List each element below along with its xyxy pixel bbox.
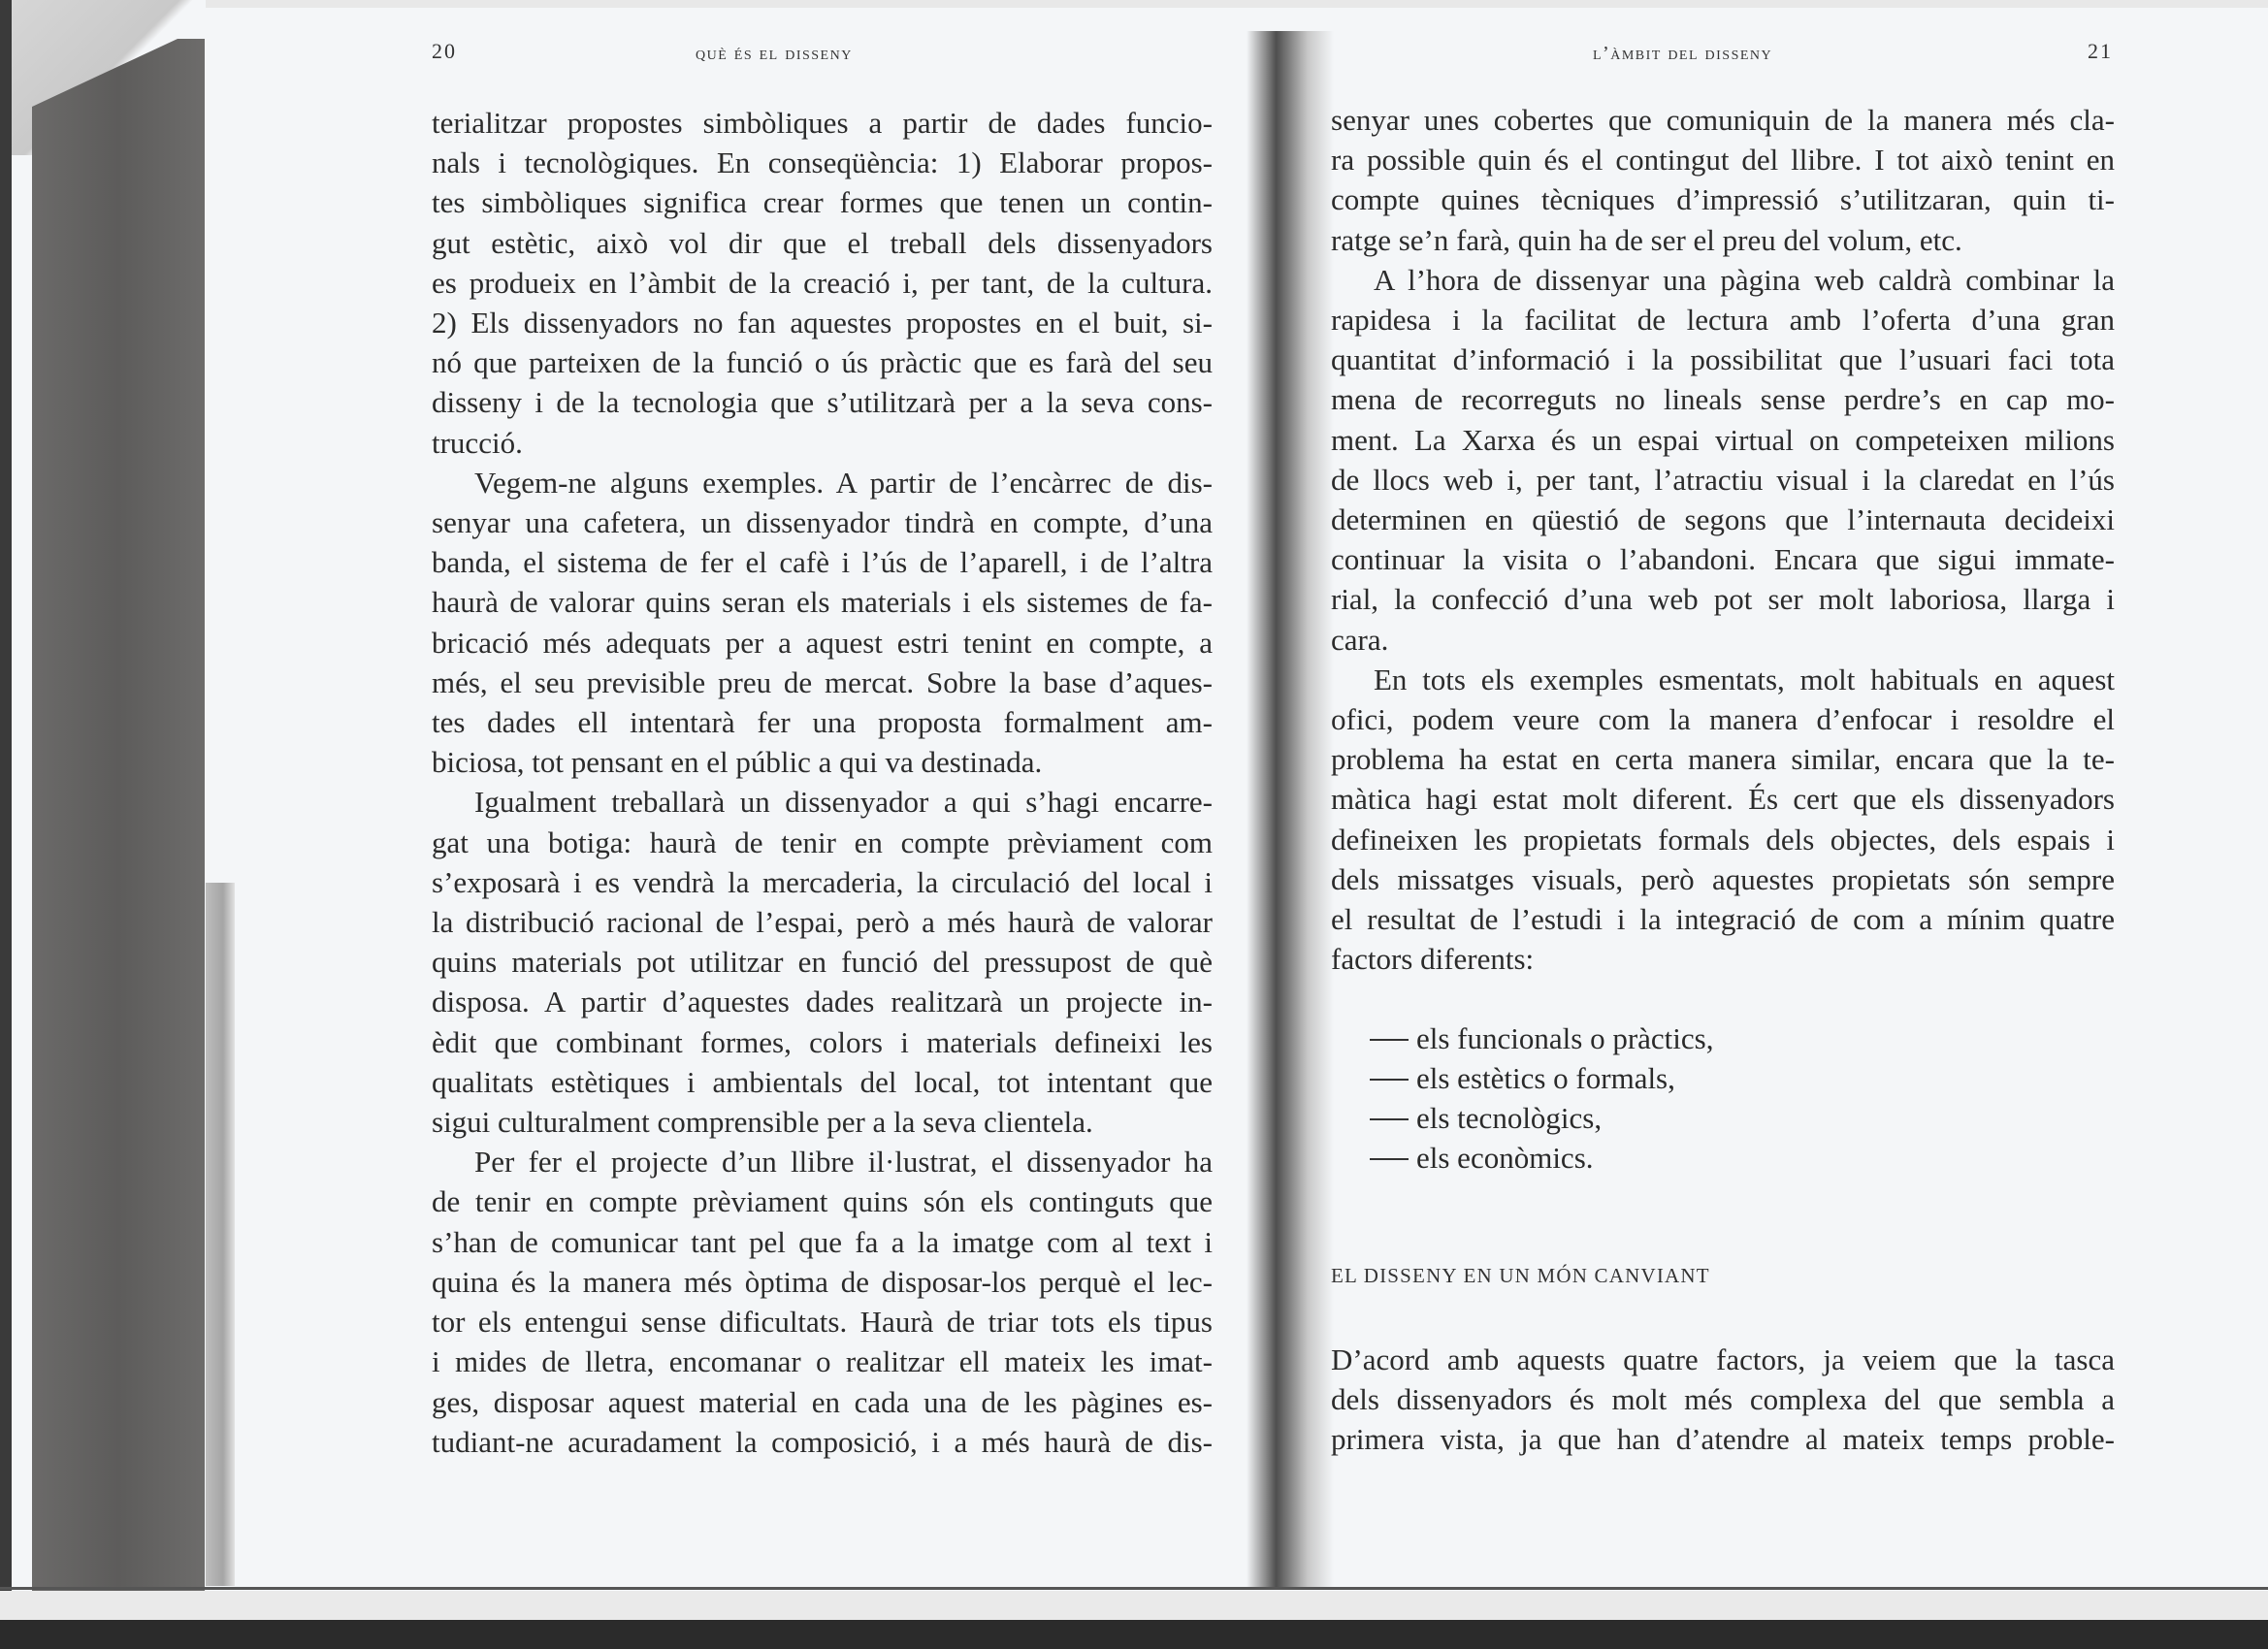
- text-line: primera vista, ja que han d’atendre al m…: [1331, 1419, 2115, 1459]
- scan-bottom-strip: [0, 1591, 2268, 1620]
- list-item-text: els tecnològics,: [1416, 1101, 1602, 1135]
- paragraph-start-line: Per fer el projecte d’un llibre il·lustr…: [432, 1142, 1213, 1181]
- text-line: quins materials pot utilitzar en funció …: [432, 942, 1213, 982]
- list-item: els estètics o formals,: [1370, 1058, 1713, 1098]
- text-line: mena de recorreguts no lineals sense per…: [1331, 379, 2115, 419]
- text-line: tes dades ell intentarà fer una proposta…: [432, 702, 1213, 742]
- text-line: s’han de comunicar tant pel que fa a la …: [432, 1222, 1213, 1262]
- page-edge-shadow: [206, 883, 235, 1586]
- text-line: compte quines tècniques d’impressió s’ut…: [1331, 179, 2115, 219]
- text-line: ment. La Xarxa és un espai virtual on co…: [1331, 420, 2115, 460]
- text-line: i mides de lletra, encomanar o realitzar…: [432, 1342, 1213, 1381]
- em-dash-bullet: [1370, 1039, 1409, 1041]
- em-dash-bullet: [1370, 1079, 1409, 1081]
- text-line: D’acord amb aquests quatre factors, ja v…: [1331, 1340, 2115, 1379]
- text-line: quantitat d’informació i la possibilitat…: [1331, 339, 2115, 379]
- text-line: tes simbòliques significa crear formes q…: [432, 182, 1213, 222]
- scanner-shadow-band: [32, 39, 205, 1591]
- text-line: ra possible quin és el contingut del lli…: [1331, 140, 2115, 179]
- scan-bottom-border: [0, 1620, 2268, 1649]
- list-item-text: els funcionals o pràctics,: [1416, 1021, 1713, 1055]
- text-line: dels missatges visuals, però aquestes pr…: [1331, 859, 2115, 899]
- text-line: rial, la confecció d’una web pot ser mol…: [1331, 579, 2115, 619]
- text-line: senyar una cafetera, un dissenyador tind…: [432, 502, 1213, 542]
- text-line: cara.: [1331, 620, 2115, 660]
- list-item-text: els econòmics.: [1416, 1141, 1594, 1175]
- text-line: gut estètic, això vol dir que el treball…: [432, 223, 1213, 263]
- page-number-left: 20: [432, 39, 457, 64]
- text-line: disposa. A partir d’aquestes dades reali…: [432, 982, 1213, 1021]
- text-line: factors diferents:: [1331, 939, 2115, 979]
- scan-left-edge: [0, 0, 12, 1649]
- text-line: nals i tecnològiques. En conseqüència: 1…: [432, 143, 1213, 182]
- list-item: els tecnològics,: [1370, 1098, 1713, 1138]
- right-body-text: senyar unes cobertes que comuniquin de l…: [1331, 100, 2115, 979]
- paragraph-start-line: En tots els exemples esmentats, molt hab…: [1331, 660, 2115, 699]
- text-line: el resultat de l’estudi i la integració …: [1331, 899, 2115, 939]
- paragraph-start-line: Igualment treballarà un dissenyador a qu…: [432, 782, 1213, 822]
- text-line: disseny i de la tecnologia que s’utilitz…: [432, 382, 1213, 422]
- text-line: tor els entengui sense dificultats. Haur…: [432, 1302, 1213, 1342]
- text-line: trucció.: [432, 423, 1213, 463]
- text-line: qualitats estètiques i ambientals del lo…: [432, 1062, 1213, 1102]
- page-bottom-edge: [0, 1587, 2268, 1590]
- text-line: es produeix en l’àmbit de la creació i, …: [432, 263, 1213, 303]
- text-line: banda, el sistema de fer el cafè i l’ús …: [432, 542, 1213, 582]
- paragraph-start-line: A l’hora de dissenyar una pàgina web cal…: [1331, 260, 2115, 300]
- text-line: continuar la visita o l’abandoni. Encara…: [1331, 539, 2115, 579]
- em-dash-bullet: [1370, 1158, 1409, 1160]
- list-item: els econòmics.: [1370, 1138, 1713, 1178]
- text-line: nó que parteixen de la funció o ús pràct…: [432, 342, 1213, 382]
- text-line: rapidesa i la facilitat de lectura amb l…: [1331, 300, 2115, 339]
- list-item-text: els estètics o formals,: [1416, 1061, 1675, 1095]
- running-head-right: L’ÀMBIT DEL DISSENY: [1593, 43, 1772, 65]
- text-line: gat una botiga: haurà de tenir en compte…: [432, 823, 1213, 862]
- text-line: defineixen les propietats formals dels o…: [1331, 820, 2115, 859]
- text-line: problema ha estat en certa manera simila…: [1331, 739, 2115, 779]
- text-line: biciosa, tot pensant en el públic a qui …: [432, 742, 1213, 782]
- text-line: ratge se’n farà, quin ha de ser el preu …: [1331, 220, 2115, 260]
- text-line: bricació més adequats per a aquest estri…: [432, 623, 1213, 663]
- text-line: sigui culturalment comprensible per a la…: [432, 1102, 1213, 1142]
- text-line: terialitzar propostes simbòliques a part…: [432, 103, 1213, 143]
- text-line: senyar unes cobertes que comuniquin de l…: [1331, 100, 2115, 140]
- paragraph-start-line: Vegem-ne alguns exemples. A partir de l’…: [432, 463, 1213, 502]
- text-line: la distribució racional de l’espai, però…: [432, 902, 1213, 942]
- text-line: determinen en qüestió de segons que l’in…: [1331, 500, 2115, 539]
- text-line: s’exposarà i es vendrà la mercaderia, la…: [432, 862, 1213, 902]
- factors-list: els funcionals o pràctics, els estètics …: [1370, 1018, 1713, 1178]
- page-number-right: 21: [2088, 39, 2113, 64]
- text-line: de llocs web i, per tant, l’atractiu vis…: [1331, 460, 2115, 500]
- section-body-text: D’acord amb aquests quatre factors, ja v…: [1331, 1340, 2115, 1460]
- text-line: de tenir en compte prèviament quins són …: [432, 1181, 1213, 1221]
- scan-top-strip: [0, 0, 2268, 8]
- text-line: més, el seu previsible preu de mercat. S…: [432, 663, 1213, 702]
- text-line: ges, disposar aquest material en cada un…: [432, 1382, 1213, 1422]
- text-line: ofici, podem veure com la manera d’enfoc…: [1331, 699, 2115, 739]
- text-line: tudiant-ne acuradament la composició, i …: [432, 1422, 1213, 1462]
- left-body-text: terialitzar propostes simbòliques a part…: [432, 103, 1213, 1462]
- section-heading: EL DISSENY EN UN MÓN CANVIANT: [1331, 1264, 1710, 1288]
- text-line: haurà de valorar quins seran els materia…: [432, 582, 1213, 622]
- text-line: màtica hagi estat molt diferent. És cert…: [1331, 779, 2115, 819]
- list-item: els funcionals o pràctics,: [1370, 1018, 1713, 1058]
- em-dash-bullet: [1370, 1118, 1409, 1120]
- text-line: dels dissenyadors és molt més complexa d…: [1331, 1379, 2115, 1419]
- book-gutter-shadow: [1247, 31, 1334, 1588]
- text-line: quina és la manera més òptima de disposa…: [432, 1262, 1213, 1302]
- text-line: 2) Els dissenyadors no fan aquestes prop…: [432, 303, 1213, 342]
- text-line: èdit que combinant formes, colors i mate…: [432, 1022, 1213, 1062]
- running-head-left: QUÈ ÉS EL DISSENY: [696, 43, 853, 65]
